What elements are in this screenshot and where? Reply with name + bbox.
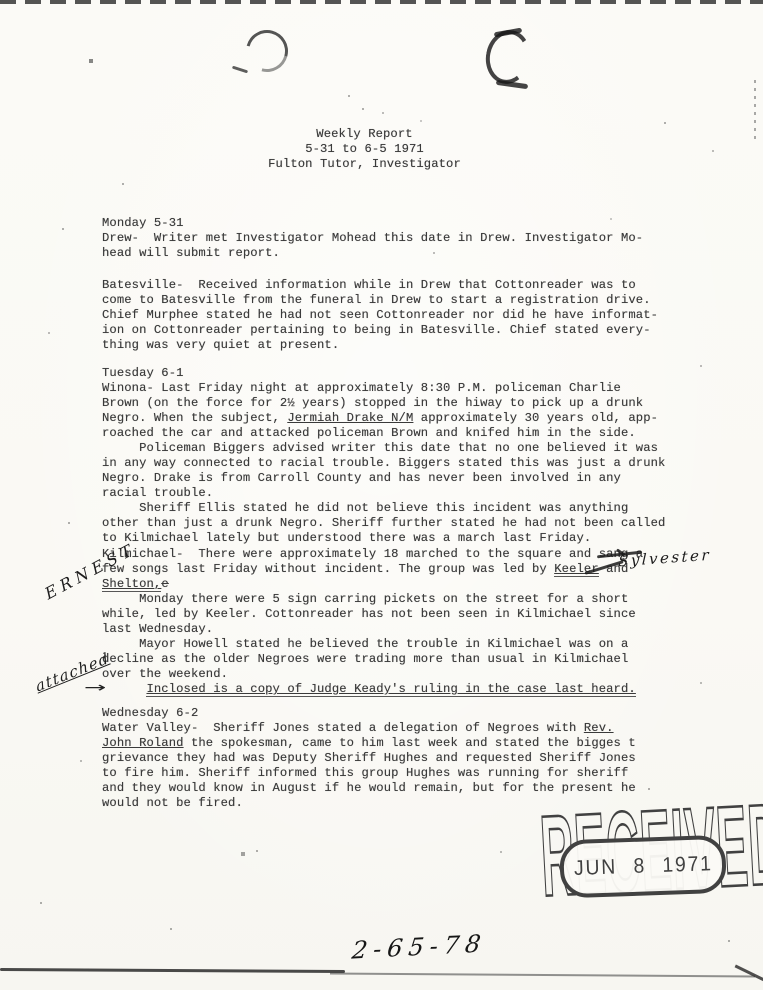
text-line: Tuesday 6-1 [102, 366, 722, 381]
text-segment: Negro. When the subject, [102, 411, 287, 425]
text-line: Policeman Biggers advised writer this da… [102, 441, 722, 456]
text-segment: come to Batesville from the funeral in D… [102, 293, 651, 307]
text-line: thing was very quiet at present. [102, 338, 722, 353]
text-line: roached the car and attacked policeman B… [102, 426, 722, 441]
underlined-text: Inclosed is a copy of Judge Keady's ruli… [146, 682, 635, 697]
text-line: and they would know in August if he woul… [102, 781, 722, 796]
text-segment: Tuesday 6-1 [102, 366, 184, 380]
text-segment: while, led by Keeler. Cottonreader has n… [102, 607, 636, 621]
stamp-date: JUN 8 1971 [573, 852, 713, 881]
underlined-text: Shelton, [102, 577, 161, 592]
text-segment: Monday 5-31 [102, 216, 184, 230]
text-segment: few songs last Friday without incident. … [102, 562, 554, 576]
text-line: last Wednesday. [102, 622, 722, 637]
text-segment: grievance they had was Deputy Sheriff Hu… [102, 751, 636, 765]
text-segment: roached the car and attacked policeman B… [102, 426, 636, 440]
text-line: Sheriff Ellis stated he did not believe … [102, 501, 722, 516]
text-segment [102, 682, 146, 696]
text-segment: Monday there were 5 sign carring pickets… [102, 592, 628, 606]
text-segment: Kilmichael- There were approximately 18 … [102, 547, 643, 561]
text-segment: Wednesday 6-2 [102, 706, 198, 720]
text-line: Chief Murphee stated he had not seen Cot… [102, 308, 722, 323]
text-segment: Water Valley- Sheriff Jones stated a del… [102, 721, 584, 735]
text-line: ion on Cottonreader pertaining to being … [102, 323, 722, 338]
text-line: to Kilmichael lately but understood ther… [102, 531, 722, 546]
text-line: while, led by Keeler. Cottonreader has n… [102, 607, 722, 622]
underlined-text: John Roland [102, 736, 184, 750]
text-segment: thing was very quiet at present. [102, 338, 339, 352]
text-segment: and they would know in August if he woul… [102, 781, 636, 795]
text-line: racial trouble. [102, 486, 722, 501]
text-segment: Brown (on the force for 2½ years) stoppe… [102, 396, 643, 410]
text-line: Drew- Writer met Investigator Mohead thi… [102, 231, 722, 246]
text-segment: Winona- Last Friday night at approximate… [102, 381, 621, 395]
text-line: in any way connected to racial trouble. … [102, 456, 722, 471]
text-line: other than just a drunk Negro. Sheriff f… [102, 516, 722, 531]
text-line: to fire him. Sheriff informed this group… [102, 766, 722, 781]
text-segment: racial trouble. [102, 486, 213, 500]
text-segment: Negro. Drake is from Carroll County and … [102, 471, 621, 485]
stamp-date-box: JUN 8 1971 [559, 835, 727, 899]
text-segment: Chief Murphee stated he had not seen Cot… [102, 308, 658, 322]
text-line: come to Batesville from the funeral in D… [102, 293, 722, 308]
underlined-text: Jermiah Drake N/M [287, 411, 413, 425]
scan-noise-specks [0, 0, 2, 2]
text-segment: Sheriff Ellis stated he did not believe … [102, 501, 628, 515]
text-segment: Mayor Howell stated he believed the trou… [102, 637, 628, 651]
section-batesville: Batesville- Received information while i… [102, 278, 722, 353]
text-line: Wednesday 6-2 [102, 706, 722, 721]
text-segment: other than just a drunk Negro. Sheriff f… [102, 516, 665, 530]
text-line: Negro. Drake is from Carroll County and … [102, 471, 722, 486]
text-segment: head will submit report. [102, 246, 280, 260]
text-segment: approximately 30 years old, app- [413, 411, 658, 425]
text-line: grievance they had was Deputy Sheriff Hu… [102, 751, 722, 766]
handwritten-arrow-mark: → [84, 680, 106, 696]
text-segment: Drew- Writer met Investigator Mohead thi… [102, 231, 643, 245]
text-line: decline as the older Negroes were tradin… [102, 652, 722, 667]
text-segment: Policeman Biggers advised writer this da… [102, 441, 658, 455]
scan-right-edge-artifact [754, 80, 756, 140]
text-segment: would not be fired. [102, 796, 243, 810]
text-line: Monday there were 5 sign carring pickets… [102, 592, 722, 607]
text-line: Water Valley- Sheriff Jones stated a del… [102, 721, 722, 736]
text-line: Winona- Last Friday night at approximate… [102, 381, 722, 396]
text-segment: to fire him. Sheriff informed this group… [102, 766, 628, 780]
text-line: Inclosed is a copy of Judge Keady's ruli… [102, 682, 722, 697]
section-monday-5-31: Monday 5-31Drew- Writer met Investigator… [102, 216, 722, 261]
text-line: head will submit report. [102, 246, 722, 261]
text-line: Shelton,e [102, 577, 722, 592]
text-segment: decline as the older Negroes were tradin… [102, 652, 628, 666]
text-segment: over the weekend. [102, 667, 228, 681]
text-line: Batesville- Received information while i… [102, 278, 722, 293]
text-segment: the spokesman, came to him last week and… [184, 736, 636, 750]
section-tuesday-6-1: Tuesday 6-1Winona- Last Friday night at … [102, 366, 722, 546]
text-line: over the weekend. [102, 667, 722, 682]
text-line: Mayor Howell stated he believed the trou… [102, 637, 722, 652]
scanned-document-page: Weekly Report 5-31 to 6-5 1971 Fulton Tu… [0, 0, 763, 990]
received-date-stamp: RECEIVED JUN 8 1971 [536, 791, 763, 943]
text-segment: last Wednesday. [102, 622, 213, 636]
text-segment: in any way connected to racial trouble. … [102, 456, 665, 470]
text-segment: to Kilmichael lately but understood ther… [102, 531, 591, 545]
text-segment: ion on Cottonreader pertaining to being … [102, 323, 651, 337]
underlined-text: Rev. [584, 721, 614, 735]
text-line: Monday 5-31 [102, 216, 722, 231]
text-line: Brown (on the force for 2½ years) stoppe… [102, 396, 722, 411]
section-wednesday-6-2: Wednesday 6-2Water Valley- Sheriff Jones… [102, 706, 722, 811]
text-line: John Roland the spokesman, came to him l… [102, 736, 722, 751]
struck-text: e [161, 577, 168, 591]
text-segment: Batesville- Received information while i… [102, 278, 636, 292]
text-line: Negro. When the subject, Jermiah Drake N… [102, 411, 722, 426]
